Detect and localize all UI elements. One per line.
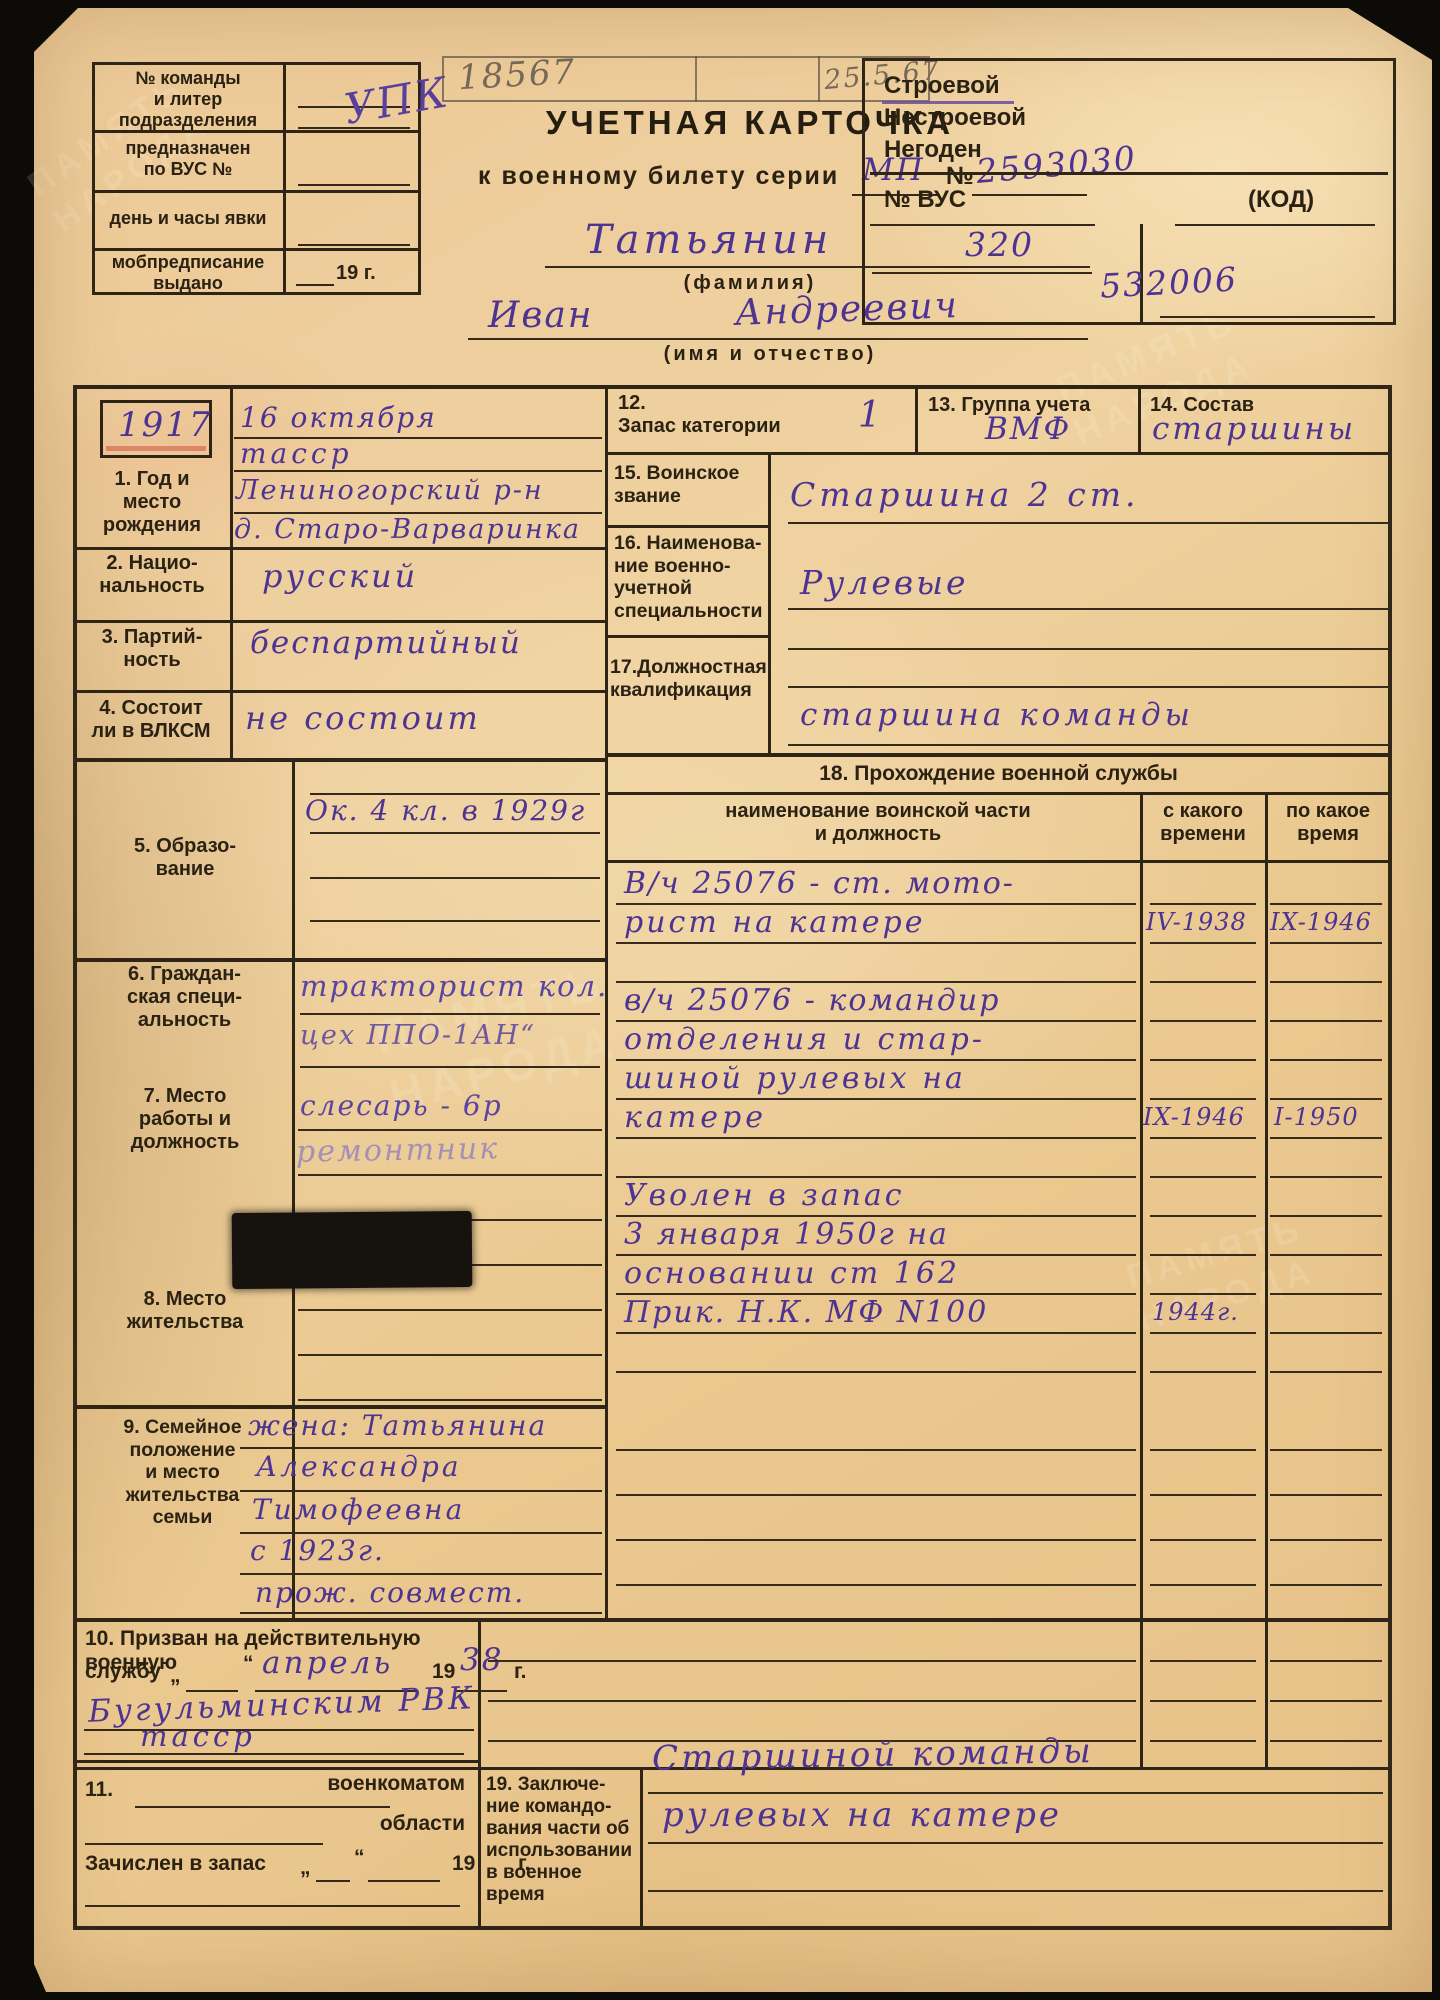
field19-label: 19. Заключе- ние командо- вания части об… (486, 1774, 638, 1906)
vus-label: № ВУС (884, 186, 1034, 214)
entry-line (310, 920, 600, 922)
field5-label: 5. Образо- вание (85, 835, 285, 881)
field9-value3: Тимофеевна (252, 1496, 465, 1524)
field5-value: Ок. 4 кл. в 1929г (305, 797, 586, 825)
entry-line (240, 1490, 602, 1492)
mob-row2-label: предназначен по ВУС № (96, 138, 280, 180)
entry-line (788, 522, 1388, 524)
entry-line (648, 1842, 1383, 1844)
vus-value: 320 (965, 228, 1034, 261)
category-option-nestroevoy: Нестроевой (884, 104, 1084, 132)
entry-line (368, 1880, 440, 1882)
service-entry2-line4: катере (624, 1103, 767, 1133)
entry-line (648, 1792, 1383, 1794)
table-line (73, 1760, 478, 1763)
field11-number: 11. (85, 1778, 145, 1802)
service-entry1-to: IX-1946 (1270, 910, 1372, 934)
service-col3-header: по какое время (1267, 800, 1389, 846)
entry-line (310, 832, 600, 834)
entry-line (240, 1573, 602, 1575)
field10-close-quote: “ (243, 1652, 259, 1676)
entry-line (240, 1447, 602, 1449)
table-line (605, 452, 1392, 455)
field6-label: 6. Граждан- ская специ- альность (82, 963, 287, 1033)
service-entry1-line2: рист на катере (624, 908, 925, 938)
field10-month-value: апрель (262, 1648, 393, 1679)
vus-code-value: 532006 (1099, 262, 1239, 302)
field17-label: 17.Должностная квалификация (610, 656, 770, 701)
field3-label: 3. Партий- ность (78, 626, 226, 672)
service-entry3-line4: Прик. Н.К. МФ N100 (624, 1298, 988, 1328)
field1-value2: тасср (240, 440, 353, 468)
mob-box-line (92, 248, 421, 251)
service-ruled-area (1270, 866, 1382, 1406)
table-line (73, 620, 605, 623)
service-entry1-line1: В/ч 25076 - ст. мото- (624, 869, 1015, 899)
field15-label: 15. Воинское звание (614, 462, 764, 507)
field7-value2: ремонтник (296, 1134, 500, 1168)
field11-label1: военкоматом (285, 1772, 465, 1796)
entry-line (788, 686, 1388, 688)
category-option-stroevoy: Строевой (884, 72, 1084, 100)
mob-row4-value: 19 г. (336, 262, 416, 285)
billet-prefix: к военному билету серии (478, 162, 878, 191)
field1-value4: д. Старо-Варваринка (234, 516, 581, 543)
field15-value: Старшина 2 ст. (790, 478, 1140, 511)
table-line (230, 385, 233, 758)
redaction-box (232, 1211, 473, 1289)
service-ruled-area (616, 1406, 1136, 1616)
field6-value1: тракторист кол. (300, 972, 608, 1001)
service-entry2-line1: в/ч 25076 - командир (624, 986, 1000, 1016)
field18-title: 18. Прохождение военной службы (605, 762, 1392, 786)
table-line (605, 792, 1392, 795)
field16-value: Рулевые (800, 566, 969, 599)
year-red-underline (106, 446, 206, 451)
pencil-box-divider (818, 56, 820, 102)
service-entry1-from: IV-1938 (1146, 910, 1247, 934)
field1-value1: 16 октября (240, 404, 437, 432)
pencil-box-divider (695, 56, 697, 102)
field19-value1: Старшиной команды (652, 1734, 1094, 1776)
table-line (640, 1767, 643, 1930)
entry-line (648, 1890, 1383, 1892)
field10-open-quote: „ (170, 1664, 190, 1688)
field11-year-prefix: 19 (452, 1852, 488, 1876)
field9-value4: с 1923г. (250, 1537, 385, 1565)
service-entry3-line1: Уволен в запас (624, 1181, 905, 1211)
table-line (768, 452, 771, 753)
table-line (73, 958, 605, 962)
field4-label: 4. Состоит ли в ВЛКСМ (74, 697, 228, 743)
field7-label: 7. Место работы и должность (85, 1085, 285, 1155)
table-line (73, 758, 605, 762)
vus-value-line (872, 272, 1092, 274)
service-col2-header: с какого времени (1142, 800, 1264, 846)
service-ruled-area (1150, 1622, 1256, 1762)
service-entry3-line3: основании ст 162 (624, 1259, 960, 1289)
table-line (73, 547, 605, 550)
entry-line (85, 1905, 460, 1907)
field16-label: 16. Наименова- ние военно- учетной специ… (614, 532, 766, 622)
field11-label3: Зачислен в запас (85, 1852, 315, 1876)
table-line (605, 525, 768, 528)
field7-value1: слесарь - 6р (300, 1092, 503, 1120)
category-box-line (870, 172, 1388, 175)
service-ruled-area (1150, 1406, 1256, 1616)
table-line (292, 758, 295, 1618)
table-line (915, 385, 918, 452)
field2-label: 2. Нацио- нальность (78, 552, 226, 598)
service-entry3-from: 1944г. (1152, 1300, 1239, 1324)
field9-value1: жена: Татьянина (248, 1412, 547, 1440)
field2-value: русский (262, 560, 418, 592)
mob-row1-label: № команды и литер подразделения (96, 68, 280, 131)
field3-value: беспартийный (250, 628, 522, 659)
mob-blank-line (298, 244, 410, 246)
field19-value2: рулевых на катере (662, 1798, 1062, 1832)
service-entry3-line2: 3 января 1950г на (624, 1220, 949, 1250)
mob-box-divider (283, 62, 286, 295)
entry-line (788, 608, 1388, 610)
first-name-value: Иван (488, 298, 594, 334)
name-line (468, 338, 1088, 340)
mob-row3-label: день и часы явки (96, 208, 280, 229)
field11-label2: области (330, 1812, 465, 1836)
field11-close-quote: “ (354, 1846, 370, 1870)
surname-value: Татьянин (585, 220, 832, 260)
table-line (605, 860, 1392, 863)
field9-value5: прож. совмест. (255, 1579, 525, 1607)
field12-value: 1 (858, 398, 883, 434)
service-col1-header: наименование воинской части и должность (618, 800, 1138, 846)
entry-line (788, 648, 1388, 650)
name-caption: (имя и отчество) (580, 343, 960, 366)
mob-box-line (92, 190, 421, 193)
code-blank-line (1175, 224, 1375, 226)
field17-value: старшина команды (800, 700, 1194, 731)
entry-line (240, 1612, 602, 1614)
service-ruled-area (1270, 1622, 1382, 1762)
mob-blank-line (298, 184, 410, 186)
mob-row4-label: мобпредписание выдано (96, 252, 280, 294)
entry-line (84, 1753, 464, 1755)
pencil-number: 18567 (457, 55, 577, 95)
service-entry2-from: IX-1946 (1143, 1105, 1245, 1129)
entry-line (310, 877, 600, 879)
field6-value2: цех ППО-1АН“ (300, 1022, 536, 1049)
entry-line (316, 1880, 350, 1882)
entry-line (85, 1843, 323, 1845)
code-bottom-line (1160, 316, 1375, 318)
table-line (1138, 385, 1141, 452)
field8-label: 8. Место жительства (85, 1288, 285, 1334)
field14-value: старшины (1152, 414, 1356, 445)
mob-blank-line (296, 284, 334, 286)
entry-line (300, 1013, 600, 1015)
entry-line (300, 1066, 600, 1068)
code-label: (КОД) (1248, 186, 1378, 214)
table-line (605, 635, 768, 638)
field1-label: 1. Год и место рождения (78, 468, 226, 538)
entry-line (135, 1806, 390, 1808)
entry-line (788, 744, 1388, 746)
service-entry2-line3: шиной рулевых на (624, 1064, 966, 1094)
field11-open-quote: „ (300, 1856, 320, 1880)
field10-value2: тасср (140, 1722, 256, 1751)
category-option-negoden: Негоден (884, 136, 1084, 164)
service-ruled-area (1270, 1406, 1382, 1616)
entry-line (234, 470, 602, 472)
field13-value: ВМФ (985, 414, 1071, 445)
year-value: 1917 (118, 408, 213, 442)
service-entry2-to: I-1950 (1274, 1105, 1359, 1129)
field12-label: 12. Запас категории (618, 392, 838, 438)
field4-value: не состоит (245, 702, 481, 734)
field1-value3: Лениногорский р-н (236, 477, 544, 504)
table-line (605, 753, 1392, 757)
table-line (73, 690, 605, 693)
service-entry2-line2: отделения и стар- (624, 1025, 985, 1055)
field9-value2: Александра (256, 1453, 462, 1481)
